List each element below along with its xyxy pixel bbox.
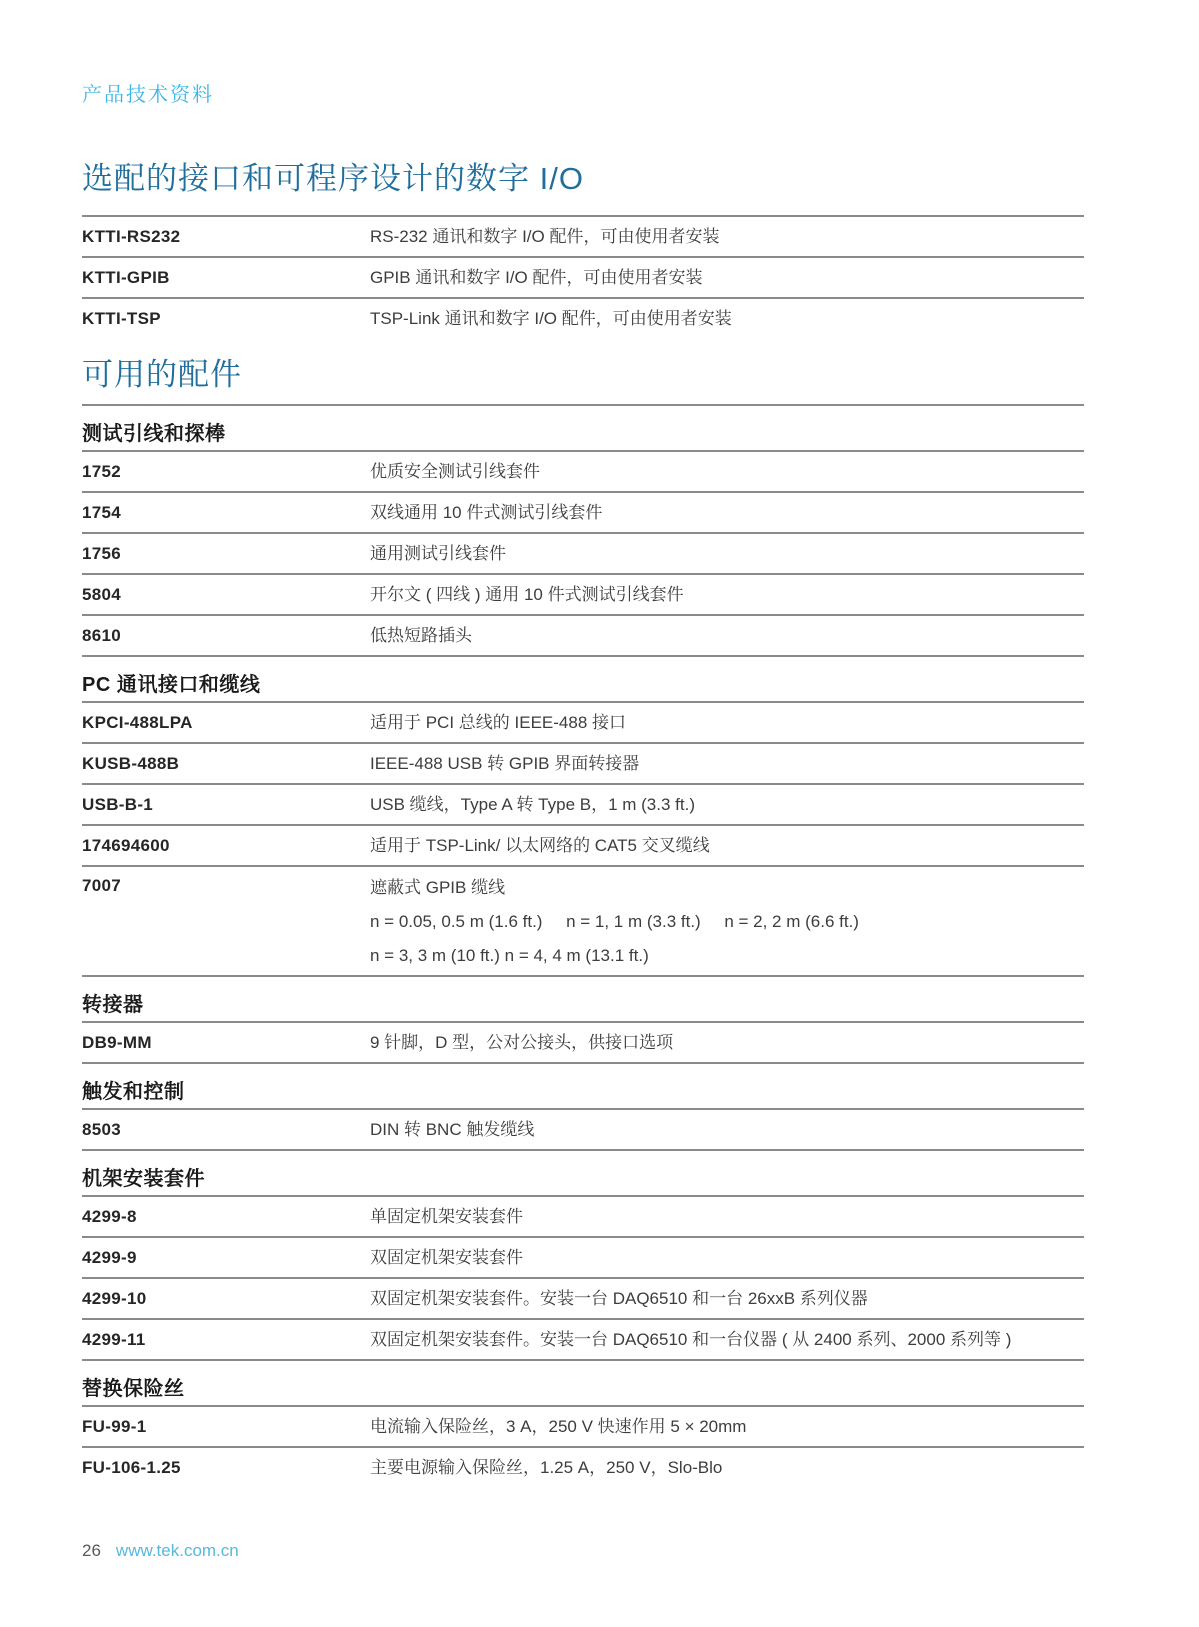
model-cell: 1752 — [82, 462, 370, 482]
table-row: 1756通用测试引线套件 — [82, 532, 1084, 573]
model-cell: 4299-11 — [82, 1330, 370, 1350]
table-row: KTTI-TSPTSP-Link 通讯和数字 I/O 配件，可由使用者安装 — [82, 297, 1084, 338]
table-row: 8610低热短路插头 — [82, 614, 1084, 655]
model-cell: USB-B-1 — [82, 795, 370, 815]
description-cell: 开尔文 ( 四线 ) 通用 10 件式测试引线套件 — [370, 582, 1084, 607]
model-cell: 5804 — [82, 585, 370, 605]
description-line: 适用于 TSP-Link/ 以太网络的 CAT5 交叉缆线 — [370, 833, 1084, 858]
model-cell: DB9-MM — [82, 1033, 370, 1053]
description-cell: USB 缆线，Type A 转 Type B，1 m (3.3 ft.) — [370, 792, 1084, 817]
description-line: 双固定机架安装套件。安装一台 DAQ6510 和一台仪器 ( 从 2400 系列… — [370, 1327, 1084, 1352]
table-row: DB9-MM9 针脚，D 型，公对公接头，供接口选项 — [82, 1021, 1084, 1062]
table-row: 4299-9双固定机架安装套件 — [82, 1236, 1084, 1277]
section-title-optional-interfaces: 选配的接口和可程序设计的数字 I/O — [82, 160, 1084, 198]
model-cell: KTTI-GPIB — [82, 268, 370, 288]
table-row: 8503DIN 转 BNC 触发缆线 — [82, 1108, 1084, 1149]
document-page: 产品技术资料 选配的接口和可程序设计的数字 I/O KTTI-RS232RS-2… — [0, 0, 1199, 1627]
model-cell: 8503 — [82, 1120, 370, 1140]
table-row: 1752优质安全测试引线套件 — [82, 450, 1084, 491]
description-cell: 优质安全测试引线套件 — [370, 459, 1084, 484]
description-line: 适用于 PCI 总线的 IEEE-488 接口 — [370, 710, 1084, 735]
description-cell: IEEE-488 USB 转 GPIB 界面转接器 — [370, 751, 1084, 776]
table-row: KTTI-GPIBGPIB 通讯和数字 I/O 配件，可由使用者安装 — [82, 256, 1084, 297]
group-heading: 测试引线和探棒 — [82, 404, 1084, 450]
description-cell: RS-232 通讯和数字 I/O 配件，可由使用者安装 — [370, 224, 1084, 249]
table-row: KTTI-RS232RS-232 通讯和数字 I/O 配件，可由使用者安装 — [82, 215, 1084, 256]
section-available-accessories: 可用的配件 测试引线和探棒1752优质安全测试引线套件1754双线通用 10 件… — [82, 356, 1084, 1487]
description-cell: 双线通用 10 件式测试引线套件 — [370, 500, 1084, 525]
model-cell: 174694600 — [82, 836, 370, 856]
model-cell: KTTI-RS232 — [82, 227, 370, 247]
model-cell: FU-99-1 — [82, 1417, 370, 1437]
model-cell: KUSB-488B — [82, 754, 370, 774]
model-cell: 8610 — [82, 626, 370, 646]
description-line: GPIB 通讯和数字 I/O 配件，可由使用者安装 — [370, 265, 1084, 290]
section-title-available-accessories: 可用的配件 — [82, 356, 1084, 394]
model-cell: 1756 — [82, 544, 370, 564]
group-heading: PC 通讯接口和缆线 — [82, 655, 1084, 701]
model-cell: FU-106-1.25 — [82, 1458, 370, 1478]
description-line: 电流输入保险丝，3 A，250 V 快速作用 5 × 20mm — [370, 1414, 1084, 1439]
group-heading: 触发和控制 — [82, 1062, 1084, 1108]
description-line: 9 针脚，D 型，公对公接头，供接口选项 — [370, 1030, 1084, 1055]
description-line: USB 缆线，Type A 转 Type B，1 m (3.3 ft.) — [370, 792, 1084, 817]
page-footer: 26 www.tek.com.cn — [82, 1541, 239, 1561]
model-cell: 7007 — [82, 871, 370, 896]
description-line: 低热短路插头 — [370, 623, 1084, 648]
description-line: 主要电源输入保险丝，1.25 A，250 V，Slo-Blo — [370, 1455, 1084, 1480]
table-row: FU-99-1电流输入保险丝，3 A，250 V 快速作用 5 × 20mm — [82, 1405, 1084, 1446]
description-cell: 低热短路插头 — [370, 623, 1084, 648]
model-cell: KPCI-488LPA — [82, 713, 370, 733]
description-cell: 电流输入保险丝，3 A，250 V 快速作用 5 × 20mm — [370, 1414, 1084, 1439]
page-header: 产品技术资料 — [82, 84, 1084, 107]
description-cell: GPIB 通讯和数字 I/O 配件，可由使用者安装 — [370, 265, 1084, 290]
table-row: 5804开尔文 ( 四线 ) 通用 10 件式测试引线套件 — [82, 573, 1084, 614]
description-cell: 适用于 TSP-Link/ 以太网络的 CAT5 交叉缆线 — [370, 833, 1084, 858]
description-line: 双线通用 10 件式测试引线套件 — [370, 500, 1084, 525]
table-row: 4299-10双固定机架安装套件。安装一台 DAQ6510 和一台 26xxB … — [82, 1277, 1084, 1318]
table-row: KUSB-488BIEEE-488 USB 转 GPIB 界面转接器 — [82, 742, 1084, 783]
group-heading: 机架安装套件 — [82, 1149, 1084, 1195]
description-line: 开尔文 ( 四线 ) 通用 10 件式测试引线套件 — [370, 582, 1084, 607]
description-line: 通用测试引线套件 — [370, 541, 1084, 566]
description-line: 双固定机架安装套件。安装一台 DAQ6510 和一台 26xxB 系列仪器 — [370, 1286, 1084, 1311]
description-cell: 双固定机架安装套件 — [370, 1245, 1084, 1270]
description-line: 双固定机架安装套件 — [370, 1245, 1084, 1270]
description-line: IEEE-488 USB 转 GPIB 界面转接器 — [370, 751, 1084, 776]
table-row: USB-B-1USB 缆线，Type A 转 Type B，1 m (3.3 f… — [82, 783, 1084, 824]
description-cell: 单固定机架安装套件 — [370, 1204, 1084, 1229]
description-line: n = 0.05, 0.5 m (1.6 ft.) n = 1, 1 m (3.… — [370, 905, 1084, 939]
table-row: 7007遮蔽式 GPIB 缆线n = 0.05, 0.5 m (1.6 ft.)… — [82, 865, 1084, 975]
group-heading: 转接器 — [82, 975, 1084, 1021]
description-line: 单固定机架安装套件 — [370, 1204, 1084, 1229]
model-cell: 4299-9 — [82, 1248, 370, 1268]
footer-website-link[interactable]: www.tek.com.cn — [116, 1541, 239, 1561]
description-line: 优质安全测试引线套件 — [370, 459, 1084, 484]
interfaces-table: KTTI-RS232RS-232 通讯和数字 I/O 配件，可由使用者安装KTT… — [82, 215, 1084, 338]
description-line: 遮蔽式 GPIB 缆线 — [370, 871, 1084, 905]
model-cell: 4299-10 — [82, 1289, 370, 1309]
description-cell: 遮蔽式 GPIB 缆线n = 0.05, 0.5 m (1.6 ft.) n =… — [370, 871, 1084, 973]
description-cell: 双固定机架安装套件。安装一台 DAQ6510 和一台 26xxB 系列仪器 — [370, 1286, 1084, 1311]
description-cell: 9 针脚，D 型，公对公接头，供接口选项 — [370, 1030, 1084, 1055]
table-row: 174694600适用于 TSP-Link/ 以太网络的 CAT5 交叉缆线 — [82, 824, 1084, 865]
table-row: 4299-11双固定机架安装套件。安装一台 DAQ6510 和一台仪器 ( 从 … — [82, 1318, 1084, 1359]
description-line: DIN 转 BNC 触发缆线 — [370, 1117, 1084, 1142]
description-cell: 主要电源输入保险丝，1.25 A，250 V，Slo-Blo — [370, 1455, 1084, 1480]
model-cell: 4299-8 — [82, 1207, 370, 1227]
page-number: 26 — [82, 1541, 101, 1561]
table-row: 4299-8单固定机架安装套件 — [82, 1195, 1084, 1236]
description-line: TSP-Link 通讯和数字 I/O 配件，可由使用者安装 — [370, 306, 1084, 331]
description-cell: TSP-Link 通讯和数字 I/O 配件，可由使用者安装 — [370, 306, 1084, 331]
description-cell: 双固定机架安装套件。安装一台 DAQ6510 和一台仪器 ( 从 2400 系列… — [370, 1327, 1084, 1352]
description-line: RS-232 通讯和数字 I/O 配件，可由使用者安装 — [370, 224, 1084, 249]
model-cell: 1754 — [82, 503, 370, 523]
group-heading: 替换保险丝 — [82, 1359, 1084, 1405]
description-line: n = 3, 3 m (10 ft.) n = 4, 4 m (13.1 ft.… — [370, 939, 1084, 973]
description-cell: DIN 转 BNC 触发缆线 — [370, 1117, 1084, 1142]
section-optional-interfaces: 选配的接口和可程序设计的数字 I/O KTTI-RS232RS-232 通讯和数… — [82, 160, 1084, 338]
table-row: FU-106-1.25主要电源输入保险丝，1.25 A，250 V，Slo-Bl… — [82, 1446, 1084, 1487]
model-cell: KTTI-TSP — [82, 309, 370, 329]
accessories-table: 测试引线和探棒1752优质安全测试引线套件1754双线通用 10 件式测试引线套… — [82, 404, 1084, 1487]
description-cell: 通用测试引线套件 — [370, 541, 1084, 566]
table-row: 1754双线通用 10 件式测试引线套件 — [82, 491, 1084, 532]
description-cell: 适用于 PCI 总线的 IEEE-488 接口 — [370, 710, 1084, 735]
table-row: KPCI-488LPA适用于 PCI 总线的 IEEE-488 接口 — [82, 701, 1084, 742]
